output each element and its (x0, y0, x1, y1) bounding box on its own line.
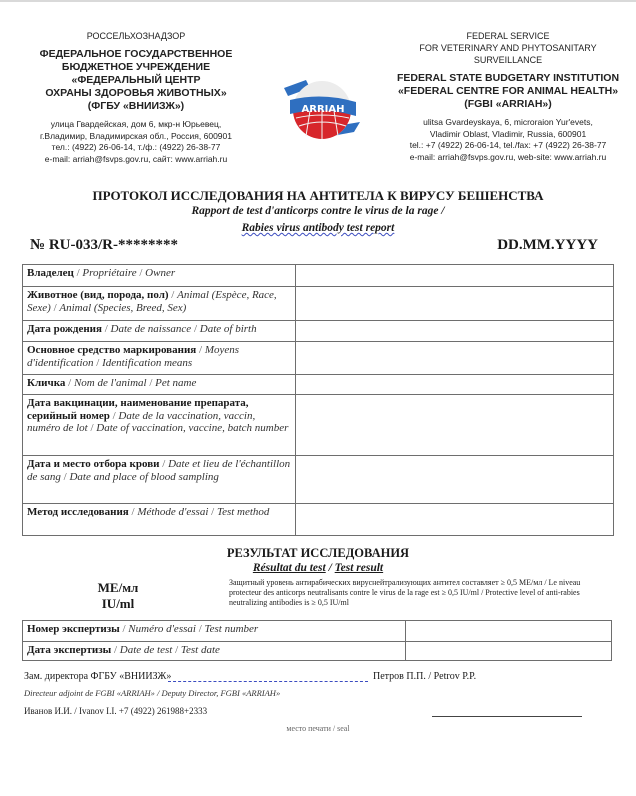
field-value[interactable] (296, 504, 614, 536)
document-number: № RU-033/R-******** (30, 237, 178, 254)
field-value[interactable] (406, 642, 612, 661)
institution-name-ru: ФЕДЕРАЛЬНОЕ ГОСУДАРСТВЕННОЕ БЮДЖЕТНОЕ УЧ… (16, 48, 256, 113)
inst-line: ОХРАНЫ ЗДОРОВЬЯ ЖИВОТНЫХ» (16, 87, 256, 100)
result-heading: РЕЗУЛЬТАТ ИССЛЕДОВАНИЯ Résultat du test … (0, 546, 636, 575)
label-fr: Nom de l'animal (74, 377, 147, 389)
title-en: Rabies virus antibody test report (242, 222, 395, 234)
agency-name-en: FEDERAL SERVICE FOR VETERINARY AND PHYTO… (388, 30, 628, 66)
inst-line: (ФГБУ «ВНИИЗЖ») (16, 100, 256, 113)
field-label: Кличка / Nom de l'animal / Pet name (23, 375, 296, 395)
report-title: ПРОТОКОЛ ИССЛЕДОВАНИЯ НА АНТИТЕЛА К ВИРУ… (0, 188, 636, 236)
label-fr: Propriétaire (82, 267, 136, 279)
label-sep: / (114, 644, 117, 656)
label-ru: Номер экспертизы (27, 623, 120, 635)
signature-dotted-line (168, 681, 368, 682)
table-row: Дата и место отбора крови / Date et lieu… (23, 456, 614, 504)
label-sep: / (90, 422, 93, 434)
label-ru: Кличка (27, 377, 65, 389)
field-value[interactable] (296, 395, 614, 456)
label-sep: / (199, 344, 202, 356)
title-ru: ПРОТОКОЛ ИССЛЕДОВАНИЯ НА АНТИТЕЛА К ВИРУ… (0, 188, 636, 204)
field-value[interactable] (296, 375, 614, 395)
field-value[interactable] (406, 621, 612, 642)
inst-line: FEDERAL STATE BUDGETARY INSTITUTION (388, 72, 628, 85)
header-right-en: FEDERAL SERVICE FOR VETERINARY AND PHYTO… (388, 30, 628, 163)
label-sep: / (139, 267, 142, 279)
addr-line: tel.: +7 (4922) 26-06-14, tel./fax: +7 (… (388, 140, 628, 152)
label-fr: Numéro d'essai (128, 623, 196, 635)
table-row: Основное средство маркирования / Moyens … (23, 342, 614, 375)
field-value[interactable] (296, 287, 614, 321)
deputy-director-role-en: Directeur adjoint de FGBI «ARRIAH» / Dep… (24, 688, 280, 698)
label-sep: / (122, 623, 125, 635)
addr-line: улица Гвардейская, дом 6, мкр-н Юрьевец, (16, 119, 256, 131)
label-ru: Дата экспертизы (27, 644, 111, 656)
label-sep: / (211, 506, 214, 518)
field-label: Животное (вид, порода, пол) / Animal (Es… (23, 287, 296, 321)
label-ru: Владелец (27, 267, 74, 279)
contact-email-line: e-mail: arriah@fsvps.gov.ru, сайт: www.a… (16, 154, 256, 166)
field-label: Дата рождения / Date de naissance / Date… (23, 321, 296, 342)
label-en: Test number (205, 623, 259, 635)
field-value[interactable] (296, 265, 614, 287)
protective-level-note: Защитный уровень антирабических вирусней… (229, 578, 609, 608)
addr-line: г.Владимир, Владимирская обл., Россия, 6… (16, 131, 256, 143)
label-sep: / (77, 267, 80, 279)
label-en: Date of birth (200, 323, 257, 335)
table-row: Номер экспертизы / Numéro d'essai / Test… (23, 621, 612, 642)
label-en: Test method (217, 506, 269, 518)
label-sep: / (199, 623, 202, 635)
result-unit: МЕ/мл IU/ml (78, 580, 158, 612)
field-label: Дата экспертизы / Date de test / Test da… (23, 642, 406, 661)
deputy-director-role-ru: Зам. директора ФГБУ «ВНИИЗЖ» (24, 671, 171, 682)
label-en: Date and place of blood sampling (69, 471, 218, 483)
addr-line: ulitsa Gvardeyskaya, 6, microraion Yur'e… (388, 117, 628, 129)
field-label: Основное средство маркирования / Moyens … (23, 342, 296, 375)
agency-name-ru: РОССЕЛЬХОЗНАДЗОР (16, 30, 256, 42)
inst-line: (FGBI «ARRIAH») (388, 98, 628, 111)
label-sep: / (162, 458, 165, 470)
label-en: Date of vaccination, vaccine, batch numb… (96, 422, 288, 434)
table-row: Дата вакцинации, наименование препарата,… (23, 395, 614, 456)
inst-line: «FEDERAL CENTRE FOR ANIMAL HEALTH» (388, 85, 628, 98)
field-label: Дата и место отбора крови / Date et lieu… (23, 456, 296, 504)
label-sep: / (113, 410, 116, 422)
label-sep: / (64, 471, 67, 483)
unit-ru: МЕ/мл (78, 580, 158, 596)
table-row: Владелец / Propriétaire / Owner (23, 265, 614, 287)
field-label: Номер экспертизы / Numéro d'essai / Test… (23, 621, 406, 642)
label-sep: / (54, 302, 57, 314)
table-row: Дата экспертизы / Date de test / Test da… (23, 642, 612, 661)
deputy-director-name: Петров П.П. / Petrov P.P. (373, 671, 476, 682)
label-en: Owner (145, 267, 175, 279)
table-row: Кличка / Nom de l'animal / Pet name (23, 375, 614, 395)
field-value[interactable] (296, 321, 614, 342)
inst-line: ФЕДЕРАЛЬНОЕ ГОСУДАРСТВЕННОЕ (16, 48, 256, 61)
label-sep: / (105, 323, 108, 335)
animal-details-table: Владелец / Propriétaire / OwnerЖивотное … (22, 264, 614, 536)
label-sep: / (132, 506, 135, 518)
label-en: Identification means (102, 357, 192, 369)
table-row: Метод исследования / Méthode d'essai / T… (23, 504, 614, 536)
field-label: Владелец / Propriétaire / Owner (23, 265, 296, 287)
label-sep: / (149, 377, 152, 389)
addr-line: тел.: (4922) 26-06-14, т./ф.: (4922) 26-… (16, 142, 256, 154)
seal-placeholder: место печати / seal (0, 724, 636, 733)
agency-line: SURVEILLANCE (388, 54, 628, 66)
result-title-fr-en: Résultat du test / Test result (0, 561, 636, 575)
contact-person: Иванов И.И. / Ivanov I.I. +7 (4922) 2619… (24, 706, 207, 716)
field-label: Метод исследования / Méthode d'essai / T… (23, 504, 296, 536)
label-en: Animal (Species, Breed, Sex) (59, 302, 186, 314)
label-ru: Дата рождения (27, 323, 102, 335)
contact-email-line: e-mail: arriah@fsvps.gov.ru, web-site: w… (388, 152, 628, 164)
logo-text: ARRIAH (302, 104, 345, 115)
signature-line (432, 716, 582, 717)
label-sep: / (171, 289, 174, 301)
label-ru: Основное средство маркирования (27, 344, 196, 356)
test-info-table: Номер экспертизы / Numéro d'essai / Test… (22, 620, 612, 661)
unit-en: IU/ml (78, 596, 158, 612)
table-row: Дата рождения / Date de naissance / Date… (23, 321, 614, 342)
institution-name-en: FEDERAL STATE BUDGETARY INSTITUTION «FED… (388, 72, 628, 111)
title-fr: Rapport de test d'anticorps contre le vi… (0, 204, 636, 218)
label-en: Test date (181, 644, 220, 656)
field-value[interactable] (296, 342, 614, 375)
table-row: Животное (вид, порода, пол) / Animal (Es… (23, 287, 614, 321)
result-title-fr: Résultat du test (253, 562, 326, 574)
address-ru: улица Гвардейская, дом 6, мкр-н Юрьевец,… (16, 119, 256, 165)
label-sep: / (175, 644, 178, 656)
address-en: ulitsa Gvardeyskaya, 6, microraion Yur'e… (388, 117, 628, 163)
label-ru: Метод исследования (27, 506, 129, 518)
inst-line: «ФЕДЕРАЛЬНЫЙ ЦЕНТР (16, 74, 256, 87)
document-date: DD.MM.YYYY (497, 237, 598, 254)
label-fr: Date de naissance (111, 323, 192, 335)
addr-line: Vladimir Oblast, Vladimir, Russia, 60090… (388, 129, 628, 141)
arriah-globe-logo-icon: ARRIAH (276, 70, 368, 150)
header-left-ru: РОССЕЛЬХОЗНАДЗОР ФЕДЕРАЛЬНОЕ ГОСУДАРСТВЕ… (16, 30, 256, 165)
label-sep: / (68, 377, 71, 389)
field-value[interactable] (296, 456, 614, 504)
label-ru: Дата и место отбора крови (27, 458, 160, 470)
result-title-ru: РЕЗУЛЬТАТ ИССЛЕДОВАНИЯ (0, 546, 636, 561)
result-title-en: Test result (335, 562, 383, 574)
field-label: Дата вакцинации, наименование препарата,… (23, 395, 296, 456)
label-sep: / (96, 357, 99, 369)
label-en: Pet name (155, 377, 196, 389)
inst-line: БЮДЖЕТНОЕ УЧРЕЖДЕНИЕ (16, 61, 256, 74)
agency-line: FOR VETERINARY AND PHYTOSANITARY (388, 42, 628, 54)
label-fr: Date de test (120, 644, 173, 656)
agency-line: FEDERAL SERVICE (388, 30, 628, 42)
top-edge-bar (0, 0, 636, 2)
label-sep: / (194, 323, 197, 335)
label-ru: Животное (вид, порода, пол) (27, 289, 169, 301)
label-fr: Méthode d'essai (137, 506, 208, 518)
